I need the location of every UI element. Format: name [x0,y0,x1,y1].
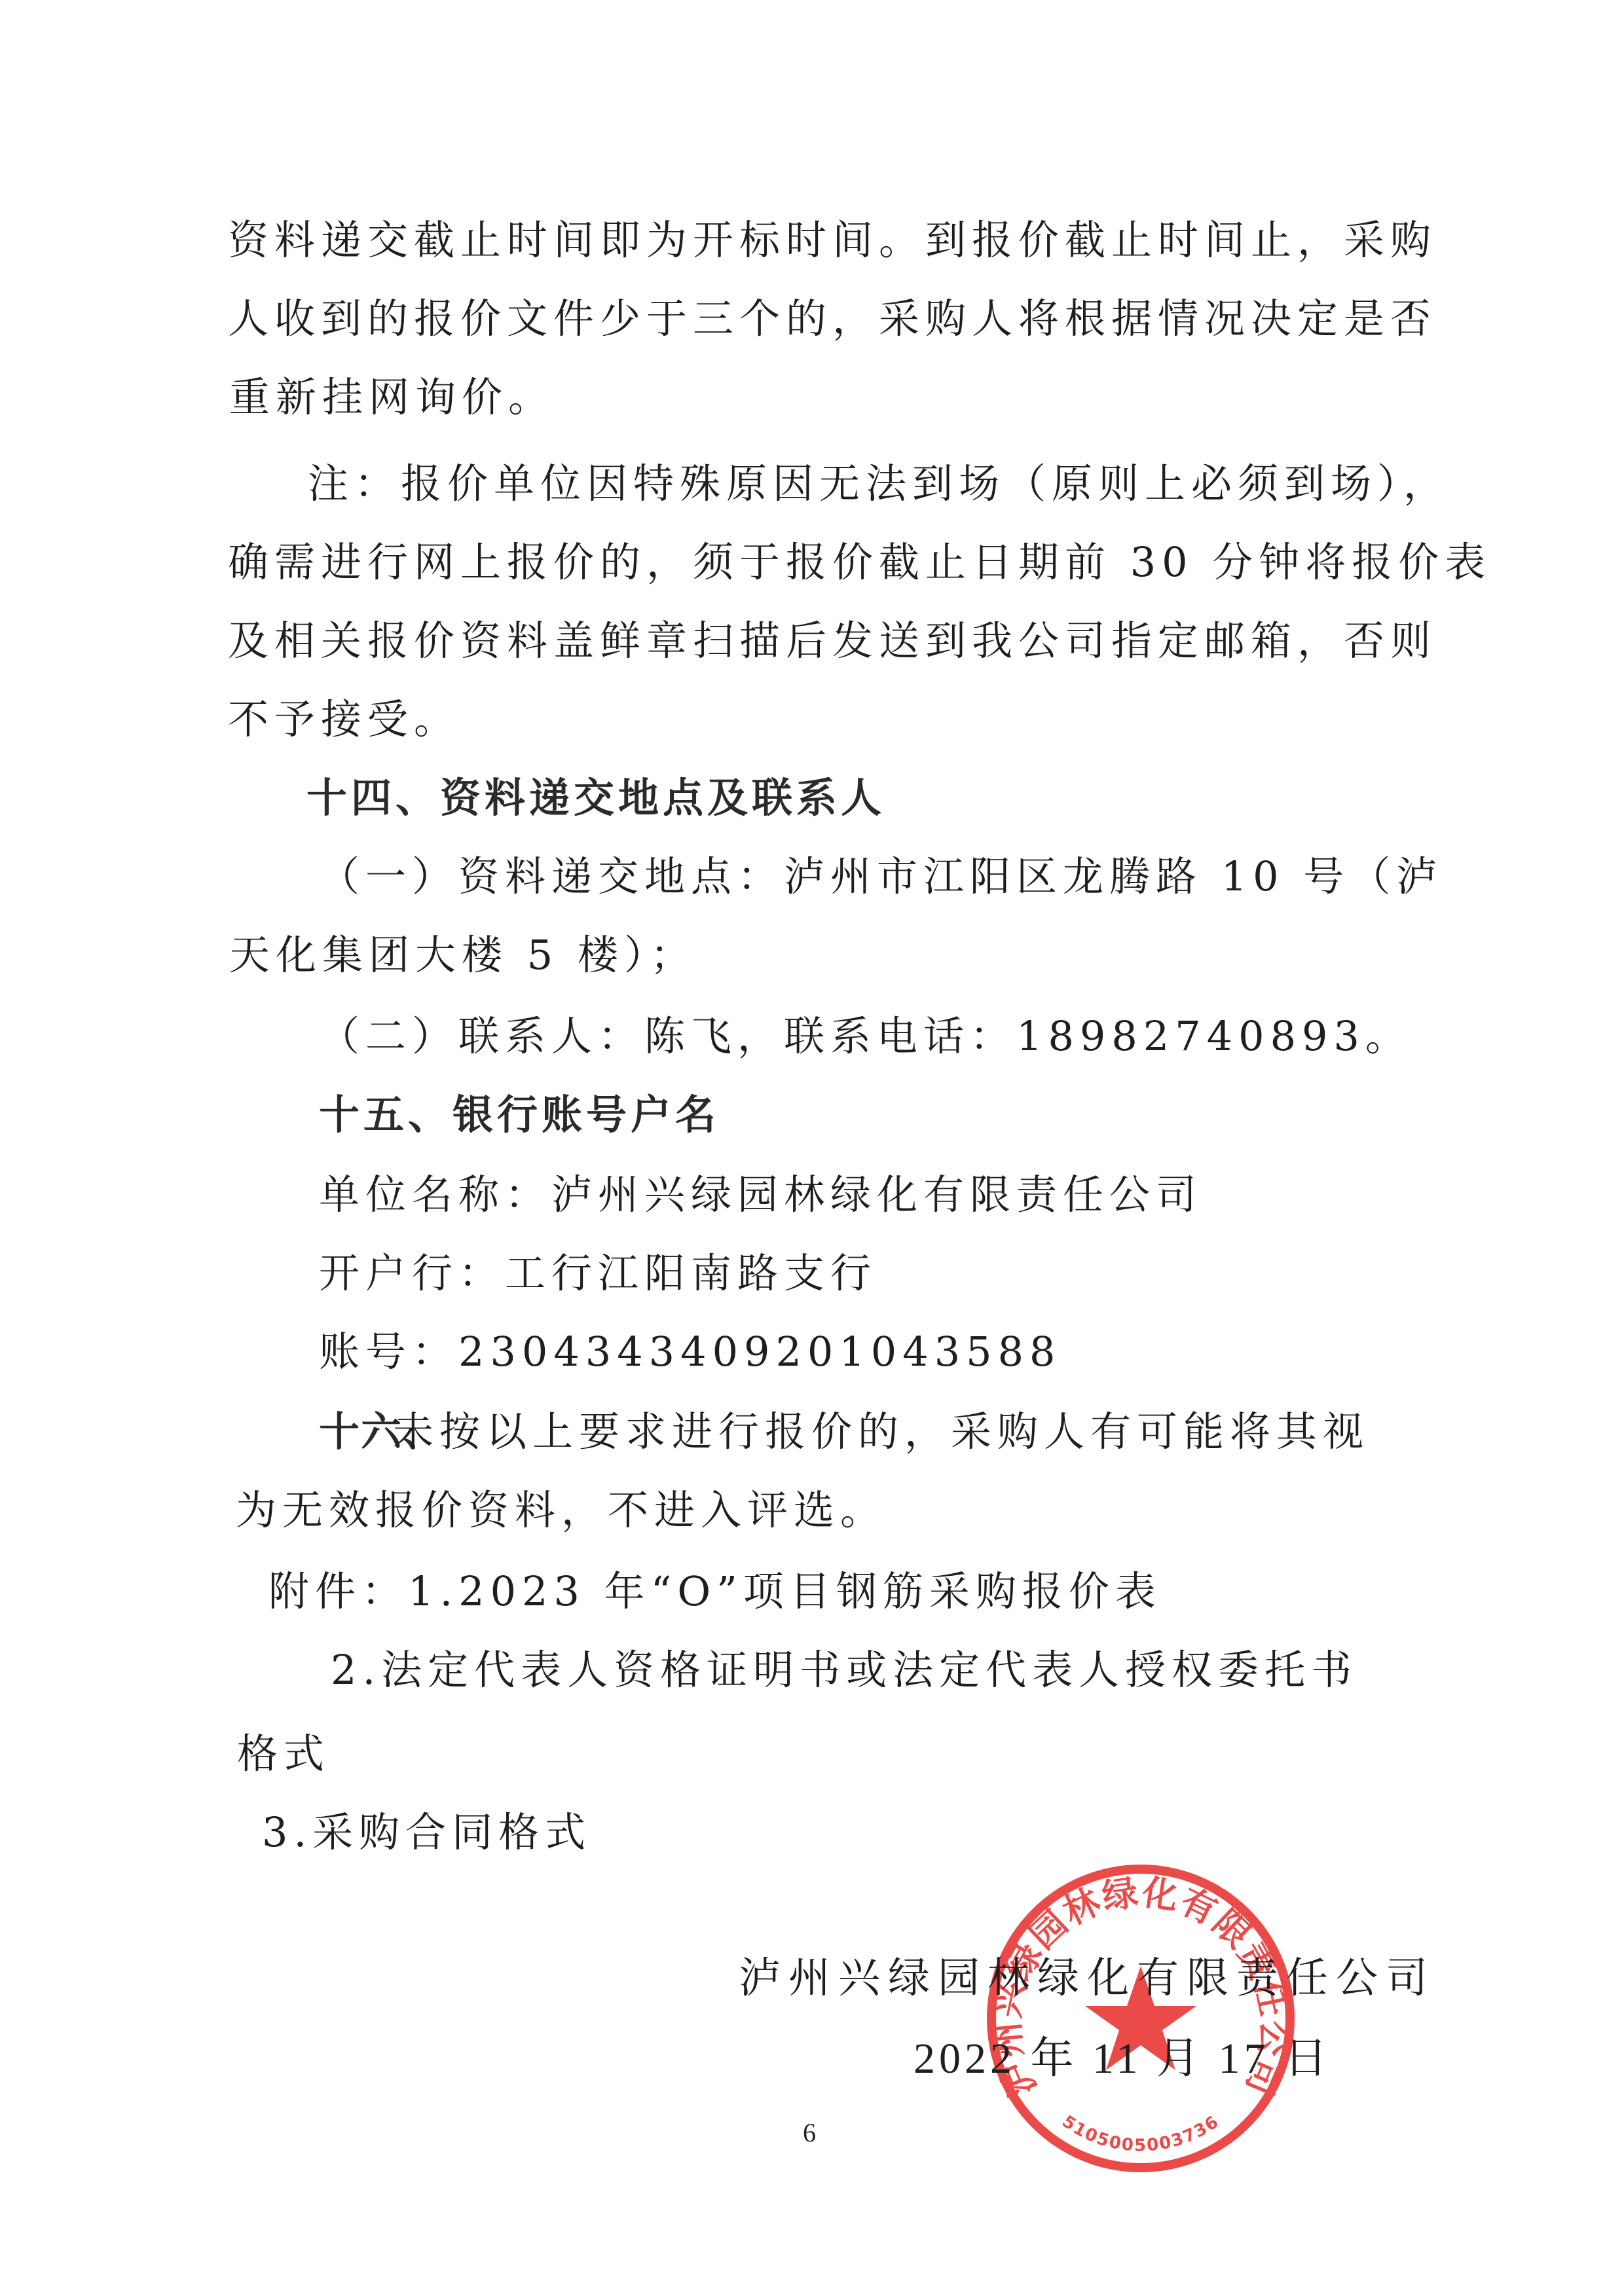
section-heading-14: 十四、资料递交地点及联系人 [306,778,885,818]
document-page: 资料递交截止时间即为开标时间。到报价截止时间止，采购 人收到的报价文件少于三个的… [0,0,1624,2296]
paragraph-line: 未按以上要求进行报价的，采购人有可能将其视 [393,1412,1369,1452]
paragraph-line: 资料递交截止时间即为开标时间。到报价截止时间止，采购 [228,220,1437,261]
attachment-3: 3.采购合同格式 [262,1812,591,1853]
attachment-2-cont: 格式 [237,1734,330,1774]
bank-account: 账号：2304343409201043588 [319,1332,1061,1372]
signature-date: 2022 年 11 月 17 日 [913,2037,1331,2081]
address-line: 天化集团大楼 5 楼）； [229,935,697,975]
svg-text:5105005003736: 5105005003736 [1058,2111,1223,2155]
attachment-2: 2.法定代表人资格证明书或法定代表人授权委托书 [331,1650,1357,1690]
note-line: 不予接受。 [228,699,460,740]
note-line: 注：报价单位因特殊原因无法到场（原则上必须到场）， [308,464,1450,504]
note-line: 确需进行网上报价的，须于报价截止日期前 30 分钟将报价表 [228,542,1491,583]
note-line: 及相关报价资料盖鲜章扫描后发送到我公司指定邮箱，否则 [228,621,1437,661]
seal-code: 5105005003736 [1058,2111,1223,2155]
address-line: （一）资料递交地点：泸州市江阳区龙腾路 10 号（泸 [319,856,1443,897]
attachment-1: 附件：1.2023 年“O”项目钢筋采购报价表 [268,1571,1162,1612]
paragraph-line: 为无效报价资料，不进入评选。 [236,1490,887,1531]
section-heading-15: 十五、银行账号户名 [319,1095,720,1135]
bank-branch: 开户行：工行江阳南路支行 [319,1253,877,1294]
paragraph-line: 人收到的报价文件少于三个的，采购人将根据情况决定是否 [228,299,1437,339]
contact-line: （二）联系人：陈飞，联系电话：18982740893。 [319,1016,1412,1057]
signature-company: 泸州兴绿园林绿化有限责任公司 [739,1958,1435,1999]
paragraph-line: 重新挂网询价。 [229,377,555,418]
company-seal-stamp: 泸州兴绿园林绿化有限责任公司 5105005003736 [980,1858,1301,2179]
page-number: 6 [803,2120,816,2146]
bank-unit-name: 单位名称：泸州兴绿园林绿化有限责任公司 [319,1175,1202,1215]
